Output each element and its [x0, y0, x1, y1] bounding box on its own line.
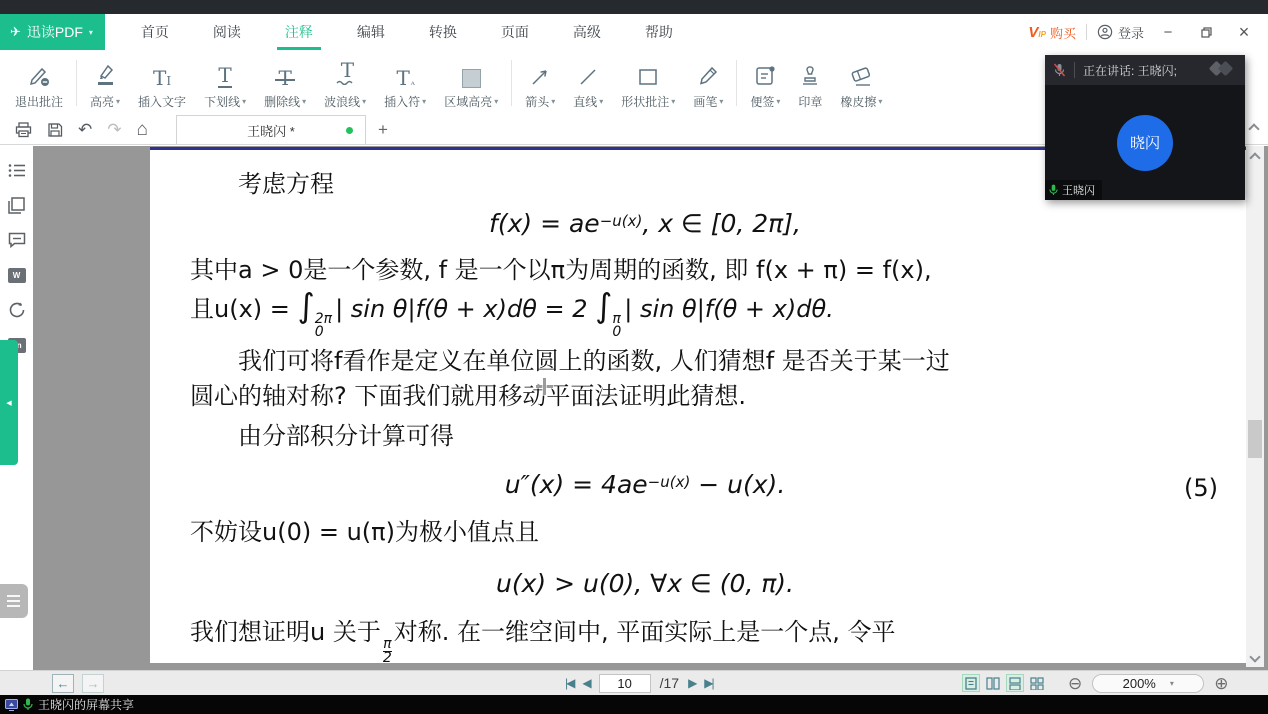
login-label: 登录: [1118, 23, 1144, 42]
vip-icon: VIP: [1028, 24, 1046, 41]
comments-panel-button[interactable]: [7, 230, 27, 250]
two-page-view-button[interactable]: [984, 674, 1002, 692]
tab-annotate[interactable]: 注释: [263, 14, 335, 50]
doc-paragraph: 我们可将f看作是定义在单位圆上的函数, 人们猜想f 是否关于某一过: [190, 344, 1100, 379]
sticky-note-button[interactable]: 便签▾: [741, 56, 789, 110]
print-button[interactable]: [15, 122, 32, 138]
tab-home[interactable]: 首页: [119, 14, 191, 50]
tab-help-label: 帮助: [645, 22, 673, 42]
history-forward-button[interactable]: →: [82, 674, 104, 693]
page-total-label: /17: [660, 675, 679, 691]
screen-share-bar: 王晓闪的屏幕共享: [0, 695, 1268, 714]
menubar: ✈ 迅读PDF ▾ 首页 阅读 注释 编辑 转换 页面 高级 帮助 VIP 购买: [0, 14, 1268, 50]
chevron-down-icon: ▾: [302, 97, 306, 106]
close-button[interactable]: ×: [1230, 14, 1258, 50]
chevron-down-icon: ▾: [89, 28, 93, 37]
participant-name-label: 王晓闪: [1062, 182, 1095, 198]
tab-advanced[interactable]: 高级: [551, 14, 623, 50]
tab-page-label: 页面: [501, 22, 529, 42]
save-icon: [47, 122, 63, 138]
two-page-continuous-button[interactable]: [1028, 674, 1046, 692]
exit-annotation-button[interactable]: 退出批注: [6, 56, 72, 110]
chevron-down-icon: ▾: [551, 97, 555, 106]
equation-number: (5): [1184, 474, 1218, 502]
stamp-button[interactable]: 印章: [789, 56, 831, 110]
next-page-button[interactable]: ▶: [688, 676, 695, 690]
unsaved-status-dot: [346, 127, 353, 134]
strikethrough-icon: T: [278, 58, 291, 88]
speaking-indicator-label: 正在讲话: 王晓闪;: [1083, 62, 1177, 79]
stamp-label: 印章: [798, 93, 822, 110]
underline-icon: T: [218, 58, 231, 88]
document-tab-title: 王晓闪 *: [247, 121, 295, 140]
statusbar: ← → |◀ ◀ /17 ▶ ▶| ⊖: [0, 670, 1268, 695]
scrollbar-thumb[interactable]: [1248, 420, 1262, 458]
divider: [511, 60, 512, 106]
line-tool-button[interactable]: 直线▾: [564, 56, 612, 110]
login-button[interactable]: 登录: [1097, 23, 1144, 42]
view-mode-group: [962, 674, 1046, 692]
chevron-down-icon: ▾: [719, 97, 723, 106]
participant-name-chip: 王晓闪: [1045, 180, 1102, 200]
printer-icon: [15, 122, 32, 138]
screen-share-icon: [5, 699, 18, 711]
app-logo-label: 迅读PDF: [27, 22, 83, 42]
doc-equation-1: f(x) = ae−u(x), x ∈ [0, 2π],: [190, 209, 1100, 238]
collapsed-panel-handle[interactable]: ◀: [0, 340, 18, 465]
continuous-view-button[interactable]: [1006, 674, 1024, 692]
meeting-video-tile: 晓闪 王晓闪: [1045, 85, 1245, 200]
meeting-window-strip: [0, 0, 1268, 14]
outline-panel-button[interactable]: [7, 160, 27, 180]
tab-read[interactable]: 阅读: [191, 14, 263, 50]
undo-button[interactable]: ↶: [78, 121, 92, 138]
menu-tabs: 首页 阅读 注释 编辑 转换 页面 高级 帮助: [119, 14, 695, 50]
area-highlight-label: 区域高亮: [444, 93, 492, 110]
strikethrough-label: 删除线: [264, 93, 300, 110]
tab-read-label: 阅读: [213, 22, 241, 42]
floating-list-handle[interactable]: [0, 584, 28, 618]
insert-text-label: 插入文字: [138, 93, 186, 110]
arrow-icon: [529, 58, 551, 88]
mic-muted-icon[interactable]: [1053, 63, 1066, 78]
doc-paragraph: 我们想证明u 关于π2对称. 在一维空间中, 平面实际上是一个点, 令平: [190, 615, 1100, 663]
divider: [1074, 62, 1075, 78]
last-page-button[interactable]: ▶|: [704, 676, 712, 690]
pen-tool-label: 画笔: [693, 93, 717, 110]
convert-rotate-button[interactable]: [7, 300, 27, 320]
buy-vip-button[interactable]: VIP 购买: [1028, 23, 1076, 42]
app-logo-button[interactable]: ✈ 迅读PDF ▾: [0, 14, 105, 50]
redo-button[interactable]: ↷: [107, 121, 121, 138]
caret-glyph-icon: Tᴬ: [396, 58, 413, 88]
underline-button[interactable]: T 下划线▾: [195, 56, 255, 110]
vertical-scrollbar[interactable]: [1246, 146, 1264, 667]
tab-annotate-label: 注释: [285, 22, 313, 42]
mic-on-icon: [1049, 184, 1058, 196]
tab-help[interactable]: 帮助: [623, 14, 695, 50]
chevron-down-icon: ▾: [599, 97, 603, 106]
thumbnails-panel-button[interactable]: [7, 195, 27, 215]
pen-tool-button[interactable]: 画笔▾: [684, 56, 732, 110]
meeting-app-logo: [1211, 63, 1237, 77]
zoom-level-value: 200%: [1123, 676, 1156, 691]
redo-icon: ↷: [107, 121, 121, 138]
shape-annotation-button[interactable]: 形状批注▾: [612, 56, 684, 110]
meeting-overlay-header: 正在讲话: 王晓闪;: [1045, 55, 1245, 85]
pencil-icon: [696, 58, 720, 88]
screen-share-label: 王晓闪的屏幕共享: [38, 696, 134, 713]
squiggly-underline-icon: T: [336, 58, 354, 88]
doc-paragraph: 由分部积分计算可得: [190, 419, 1100, 454]
new-tab-button[interactable]: +: [378, 120, 388, 140]
doc-paragraph: 考虑方程: [190, 167, 1100, 202]
page-navigation: |◀ ◀ /17 ▶ ▶|: [565, 674, 713, 693]
chevron-down-icon: ▾: [422, 97, 426, 106]
zoom-controls: ⊖ 200% ▾ ⊕: [1068, 674, 1229, 693]
rectangle-icon: [637, 58, 659, 88]
chevron-down-icon: ▾: [878, 97, 882, 106]
chevron-down-icon: ▾: [1170, 679, 1174, 688]
tab-edit-label: 编辑: [357, 22, 385, 42]
zoom-in-button[interactable]: ⊕: [1214, 675, 1228, 692]
participant-avatar: 晓闪: [1117, 115, 1173, 171]
underline-label: 下划线: [204, 93, 240, 110]
pdf-page: 考虑方程 f(x) = ae−u(x), x ∈ [0, 2π], 其中a > …: [150, 147, 1246, 663]
highlighter-icon: [93, 58, 117, 88]
minimize-icon: −: [1164, 24, 1173, 41]
tab-convert-label: 转换: [429, 22, 457, 42]
exit-annotation-icon: [27, 58, 51, 88]
home-icon: ⌂: [137, 120, 148, 139]
restore-icon: [1201, 27, 1212, 38]
tab-advanced-label: 高级: [573, 22, 601, 42]
squiggly-line-button[interactable]: T 波浪线▾: [315, 56, 375, 110]
history-back-button[interactable]: ←: [52, 674, 74, 693]
tab-convert[interactable]: 转换: [407, 14, 479, 50]
note-icon: [753, 58, 777, 88]
doc-paragraph: 不妨设u(0) = u(π)为极小值点且: [190, 515, 1100, 550]
scroll-up-arrow[interactable]: [1249, 152, 1260, 163]
insert-caret-button[interactable]: Tᴬ 插入符▾: [375, 56, 435, 110]
save-button[interactable]: [47, 122, 63, 138]
strikethrough-button[interactable]: T 删除线▾: [255, 56, 315, 110]
export-word-button[interactable]: W: [7, 265, 27, 285]
eraser-button[interactable]: 橡皮擦▾: [831, 56, 891, 110]
meeting-overlay[interactable]: 正在讲话: 王晓闪; 晓闪 王晓闪: [1045, 55, 1245, 200]
line-icon: [577, 58, 599, 88]
doc-equation-5: u″(x) = 4ae−u(x) − u(x). (5): [190, 470, 1100, 499]
integral-glyph: ∫: [595, 286, 612, 325]
app-logo-icon: ✈: [10, 24, 21, 40]
divider: [76, 60, 77, 106]
home-button[interactable]: ⌂: [137, 120, 148, 139]
doc-paragraph: 其中a > 0是一个参数, f 是一个以π为周期的函数, 即 f(x + π) …: [190, 253, 1100, 288]
chevron-down-icon: ▾: [494, 97, 498, 106]
back-arrow-icon: ←: [57, 676, 70, 691]
sticky-note-label: 便签: [750, 93, 774, 110]
app-window: ✈ 迅读PDF ▾ 首页 阅读 注释 编辑 转换 页面 高级 帮助 VIP 购买: [0, 0, 1268, 714]
scroll-down-arrow[interactable]: [1249, 651, 1260, 662]
first-page-button[interactable]: |◀: [565, 676, 573, 690]
line-tool-label: 直线: [573, 93, 597, 110]
stamp-icon: [798, 58, 822, 88]
tab-edit[interactable]: 编辑: [335, 14, 407, 50]
close-icon: ×: [1239, 22, 1250, 43]
tab-home-label: 首页: [141, 22, 169, 42]
restore-button[interactable]: [1192, 14, 1220, 50]
chevron-down-icon: ▾: [242, 97, 246, 106]
insert-text-button[interactable]: TI 插入文字: [129, 56, 195, 110]
user-icon: [1097, 24, 1113, 40]
area-highlight-button[interactable]: 区域高亮▾: [435, 56, 507, 110]
zoom-out-button[interactable]: ⊖: [1068, 675, 1082, 692]
arrow-tool-label: 箭头: [525, 93, 549, 110]
insert-text-icon: TI: [153, 58, 171, 88]
area-highlight-icon: [462, 58, 481, 88]
chevron-down-icon: ▾: [116, 97, 120, 106]
titlebar-controls: VIP 购买 登录 − ×: [1028, 14, 1268, 50]
chevron-down-icon: ▾: [362, 97, 366, 106]
mic-on-icon: [23, 698, 33, 711]
insert-caret-label: 插入符: [384, 93, 420, 110]
undo-icon: ↶: [78, 121, 92, 138]
integral-glyph: ∫: [298, 286, 315, 325]
crosshair-cursor: [536, 378, 553, 395]
single-page-view-button[interactable]: [962, 674, 980, 692]
doc-equation-6: u(x) > u(0), ∀x ∈ (0, π).: [190, 569, 1100, 598]
forward-arrow-icon: →: [87, 676, 100, 691]
doc-paragraph: 圆心的轴对称? 下面我们就用移动平面法证明此猜想.: [190, 379, 1100, 414]
arrow-tool-button[interactable]: 箭头▾: [516, 56, 564, 110]
buy-label: 购买: [1050, 23, 1076, 42]
tab-page[interactable]: 页面: [479, 14, 551, 50]
divider: [736, 60, 737, 106]
eraser-icon: [848, 58, 874, 88]
shape-annotation-label: 形状批注: [621, 93, 669, 110]
divider: [1086, 24, 1087, 40]
highlight-label: 高亮: [90, 93, 114, 110]
document-workspace: W En ◀ 考虑方程 f(x) = ae−u(x), x ∈ [0, 2π],…: [0, 146, 1268, 670]
previous-page-button[interactable]: ◀: [582, 676, 589, 690]
chevron-down-icon: ▾: [671, 97, 675, 106]
document-tab[interactable]: 王晓闪 *: [176, 115, 366, 144]
eraser-label: 橡皮擦: [840, 93, 876, 110]
chevron-left-icon: ◀: [6, 399, 11, 407]
doc-paragraph: 且u(x) = ∫2π0| sin θ|f(θ + x)dθ = 2 ∫π0| …: [190, 288, 1100, 339]
zoom-level-select[interactable]: 200% ▾: [1092, 674, 1204, 693]
highlight-button[interactable]: 高亮▾: [81, 56, 129, 110]
chevron-down-icon: ▾: [776, 97, 780, 106]
squiggly-line-label: 波浪线: [324, 93, 360, 110]
page-number-input[interactable]: [599, 674, 651, 693]
exit-annotation-label: 退出批注: [15, 93, 63, 110]
minimize-button[interactable]: −: [1154, 14, 1182, 50]
plus-icon: +: [378, 120, 388, 139]
